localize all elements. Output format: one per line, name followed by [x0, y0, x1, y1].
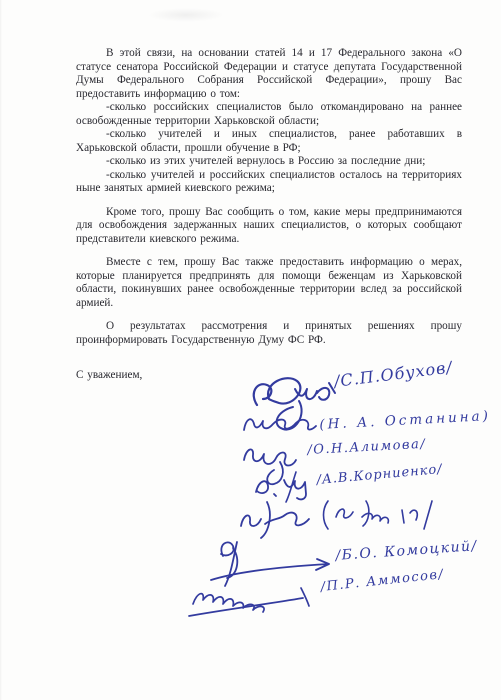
paragraph-detained: Кроме того, прошу Вас сообщить о том, ка…: [76, 206, 462, 247]
signature-annotation-4: /А.В.Корниенко/: [316, 462, 443, 488]
paragraph-intro: В этой связи, на основании статей 14 и 1…: [76, 47, 462, 101]
signature-annotation-2: (Н. А. Останина): [319, 408, 491, 433]
signature-scribble-2: [238, 408, 318, 436]
signature-scribble-7: [183, 574, 319, 620]
signature-annotation-6: /Б.О. Комоцкий/: [335, 538, 478, 564]
signature-annotation-3: /О.Н.Алимова/: [307, 437, 427, 458]
letter-body: В этой связи, на основании статей 14 и 1…: [76, 47, 462, 383]
bullet-request-3: -сколько из этих учителей вернулось в Ро…: [76, 155, 462, 169]
signature-annotation-5-illegible: [318, 497, 440, 533]
bullet-request-4: -сколько учителей и российских специалис…: [76, 169, 462, 196]
paragraph-inform: О результатах рассмотрения и принятых ре…: [76, 320, 462, 347]
scan-edge-shadow: [0, 0, 2, 700]
scanned-letter-page: В этой связи, на основании статей 14 и 1…: [0, 0, 501, 700]
signature-annotation-7: /П.Р. Аммосов/: [320, 567, 445, 595]
bullet-request-2: -сколько учителей и иных специалистов, р…: [76, 128, 462, 155]
paragraph-refugees: Вместе с тем, прошу Вас также предостави…: [76, 256, 462, 310]
bullet-request-1: -сколько российских специалистов было от…: [76, 101, 462, 128]
scan-smudge: [148, 8, 224, 22]
